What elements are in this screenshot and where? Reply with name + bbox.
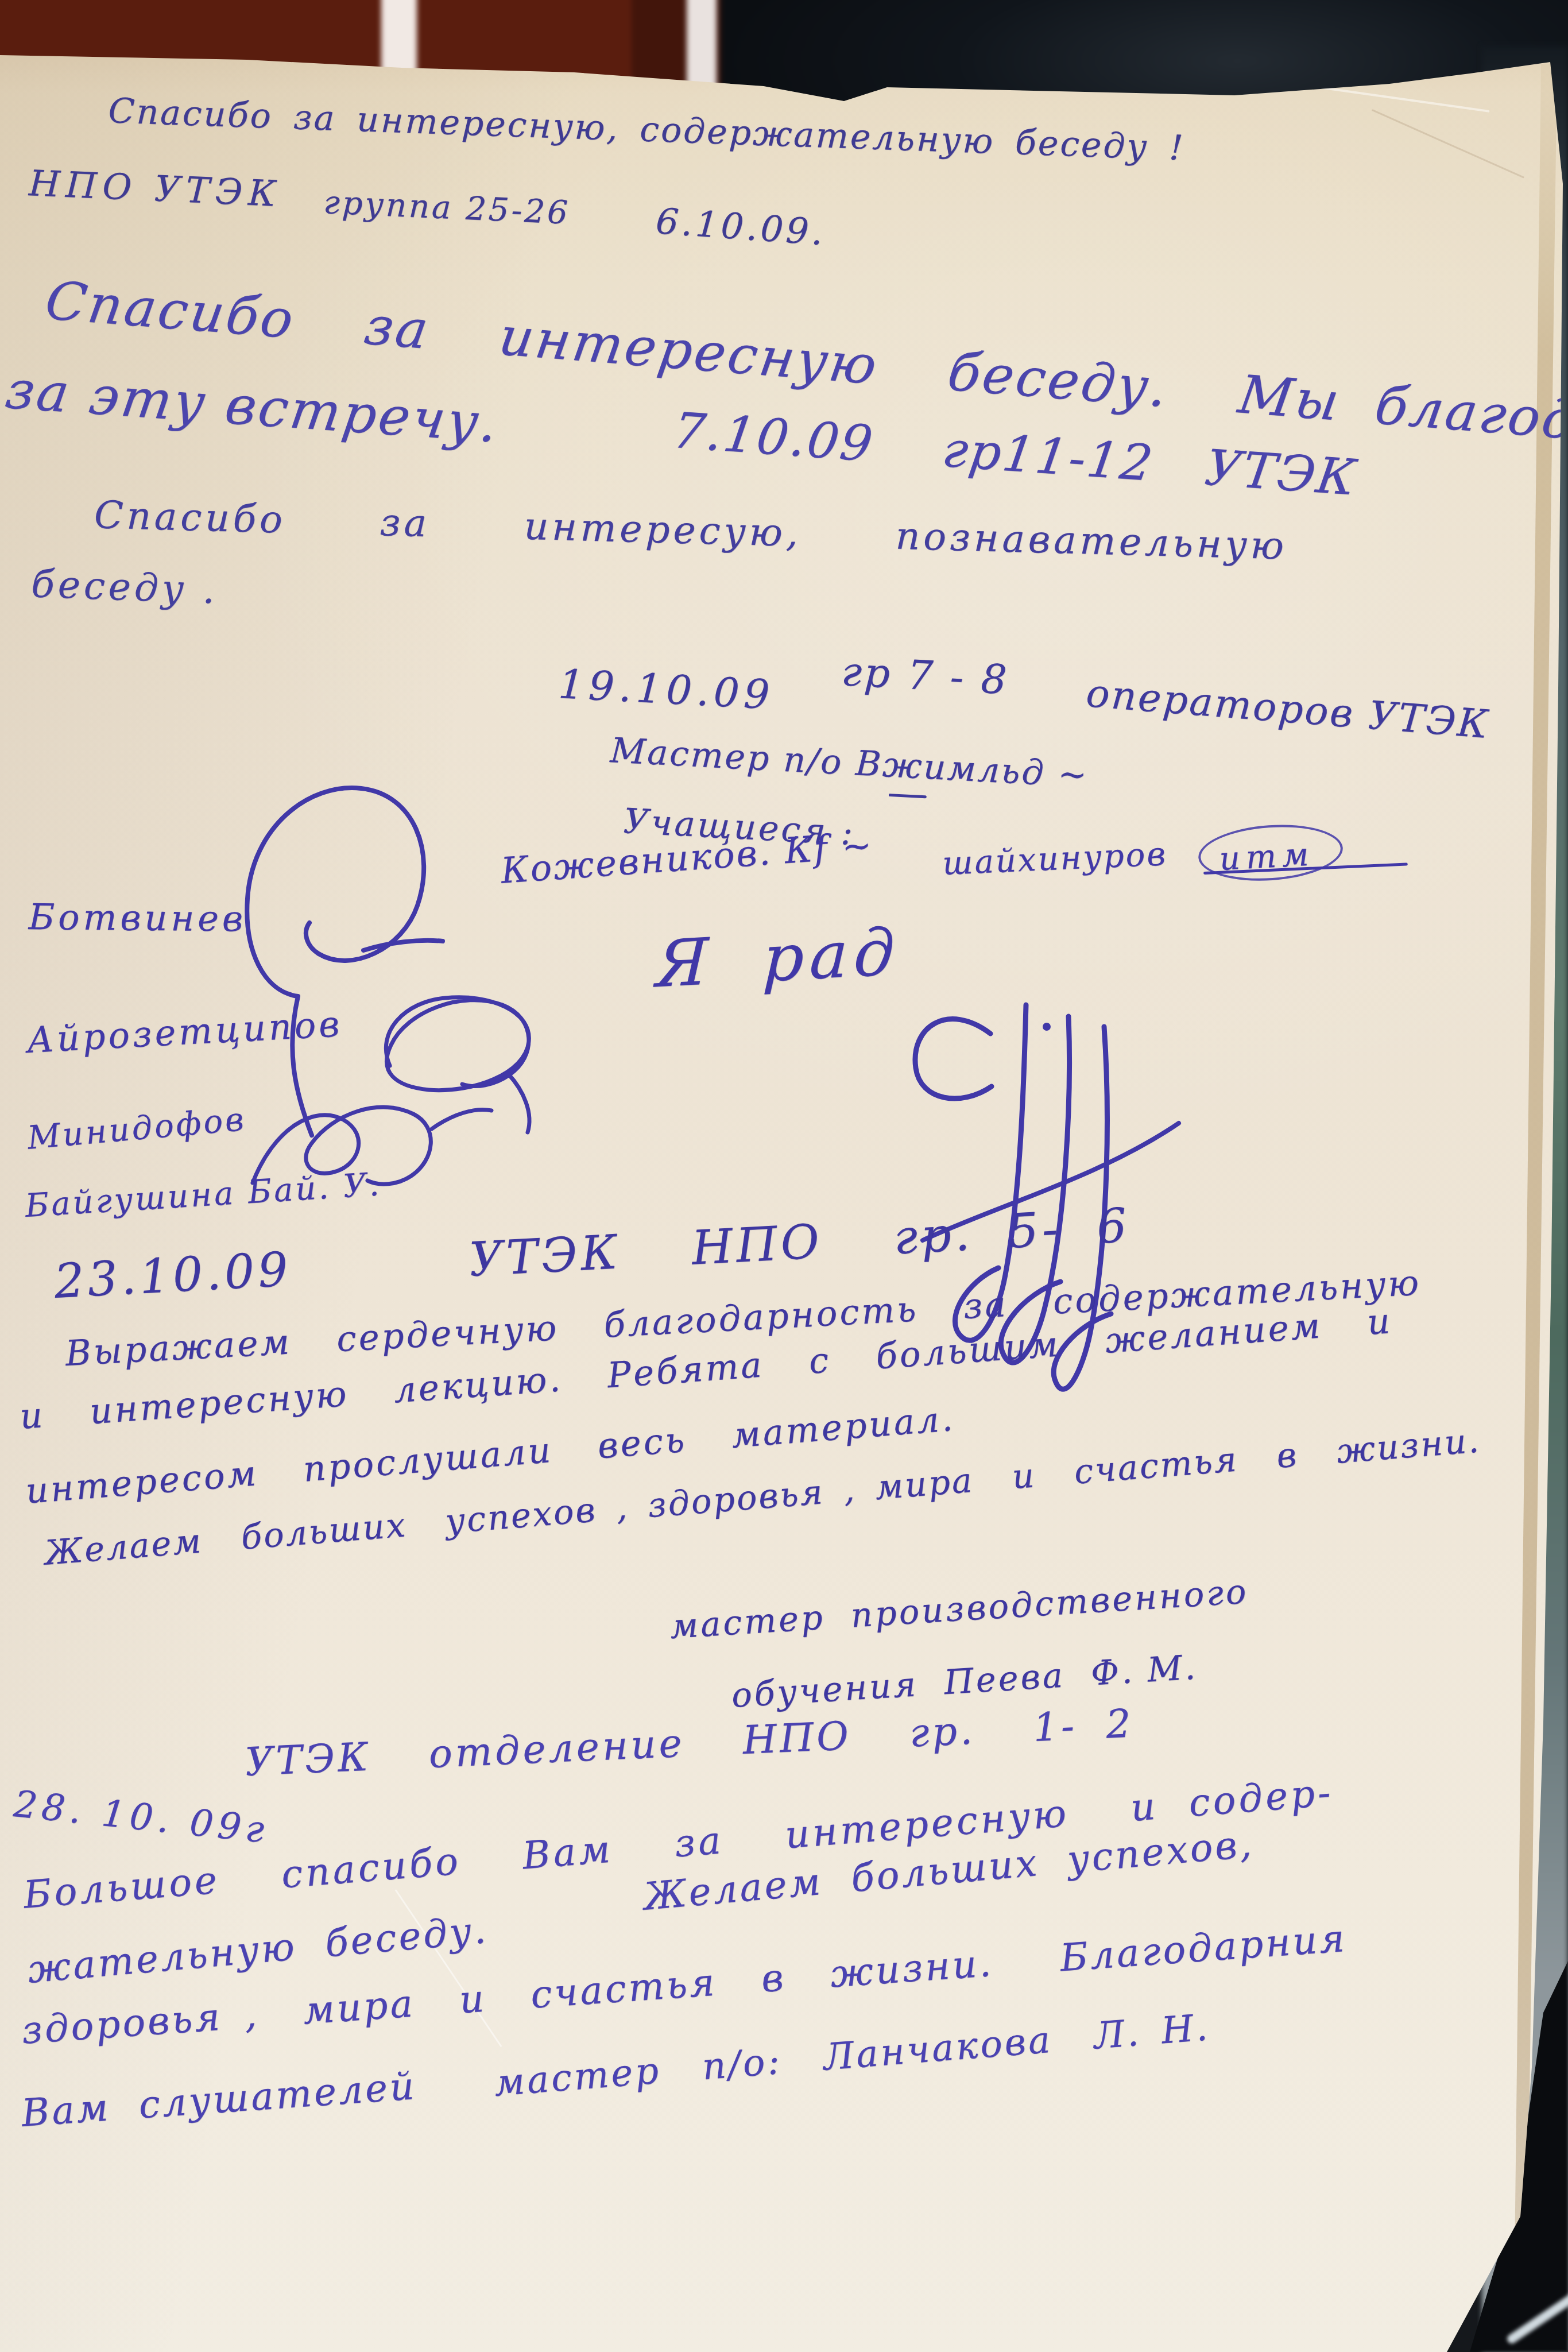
- entry4-date: 19.10.09: [557, 660, 775, 719]
- paper-crease: [1372, 109, 1524, 179]
- signature-name: Ботвинев: [28, 896, 246, 939]
- entry6-heading: УТЭК отделение НПО гр. 1- 2: [244, 1701, 1135, 1785]
- entry3-line1: Спасибо за интересую, познавательную: [94, 493, 1288, 568]
- entry6-para4: Вам слушателей: [20, 2064, 418, 2136]
- entry1-line1: Спасибо за интересную, содержательную бе…: [108, 91, 1186, 168]
- entry1-date: 6.10.09.: [655, 200, 827, 253]
- entry4-group: гр 7 - 8: [841, 648, 1011, 703]
- entry6-sig: мастер п/о: Ланчакова Л. Н.: [493, 2006, 1211, 2105]
- signature-phrase: Я рад: [655, 915, 901, 1003]
- entry4-master: Мастер п/о Вжимльд ~: [609, 730, 1089, 796]
- underline-stroke: [889, 794, 927, 798]
- paper-page: Спасибо за интересную, содержательную бе…: [0, 0, 1568, 2352]
- entry6-para2a: жательную беседу.: [26, 1908, 490, 1992]
- strike-oval: [1197, 820, 1345, 885]
- signature-name: Минидофов: [26, 1101, 247, 1157]
- entry3-line2: беседу .: [30, 562, 219, 612]
- entry2-line2: за эту встречу.: [2, 359, 504, 454]
- entry6-date: 28. 10. 09г: [11, 1783, 270, 1852]
- entry4-who: операторов УТЭК: [1085, 671, 1491, 748]
- photo-scene: Спасибо за интересную, содержательную бе…: [0, 0, 1568, 2352]
- entry1-group: группа 25-26: [323, 184, 571, 232]
- signature-name: шайхинуров: [942, 835, 1168, 883]
- entry5-sig-line1: мастер производственного: [669, 1571, 1249, 1646]
- entry1-org: НПО УТЭК: [28, 162, 282, 215]
